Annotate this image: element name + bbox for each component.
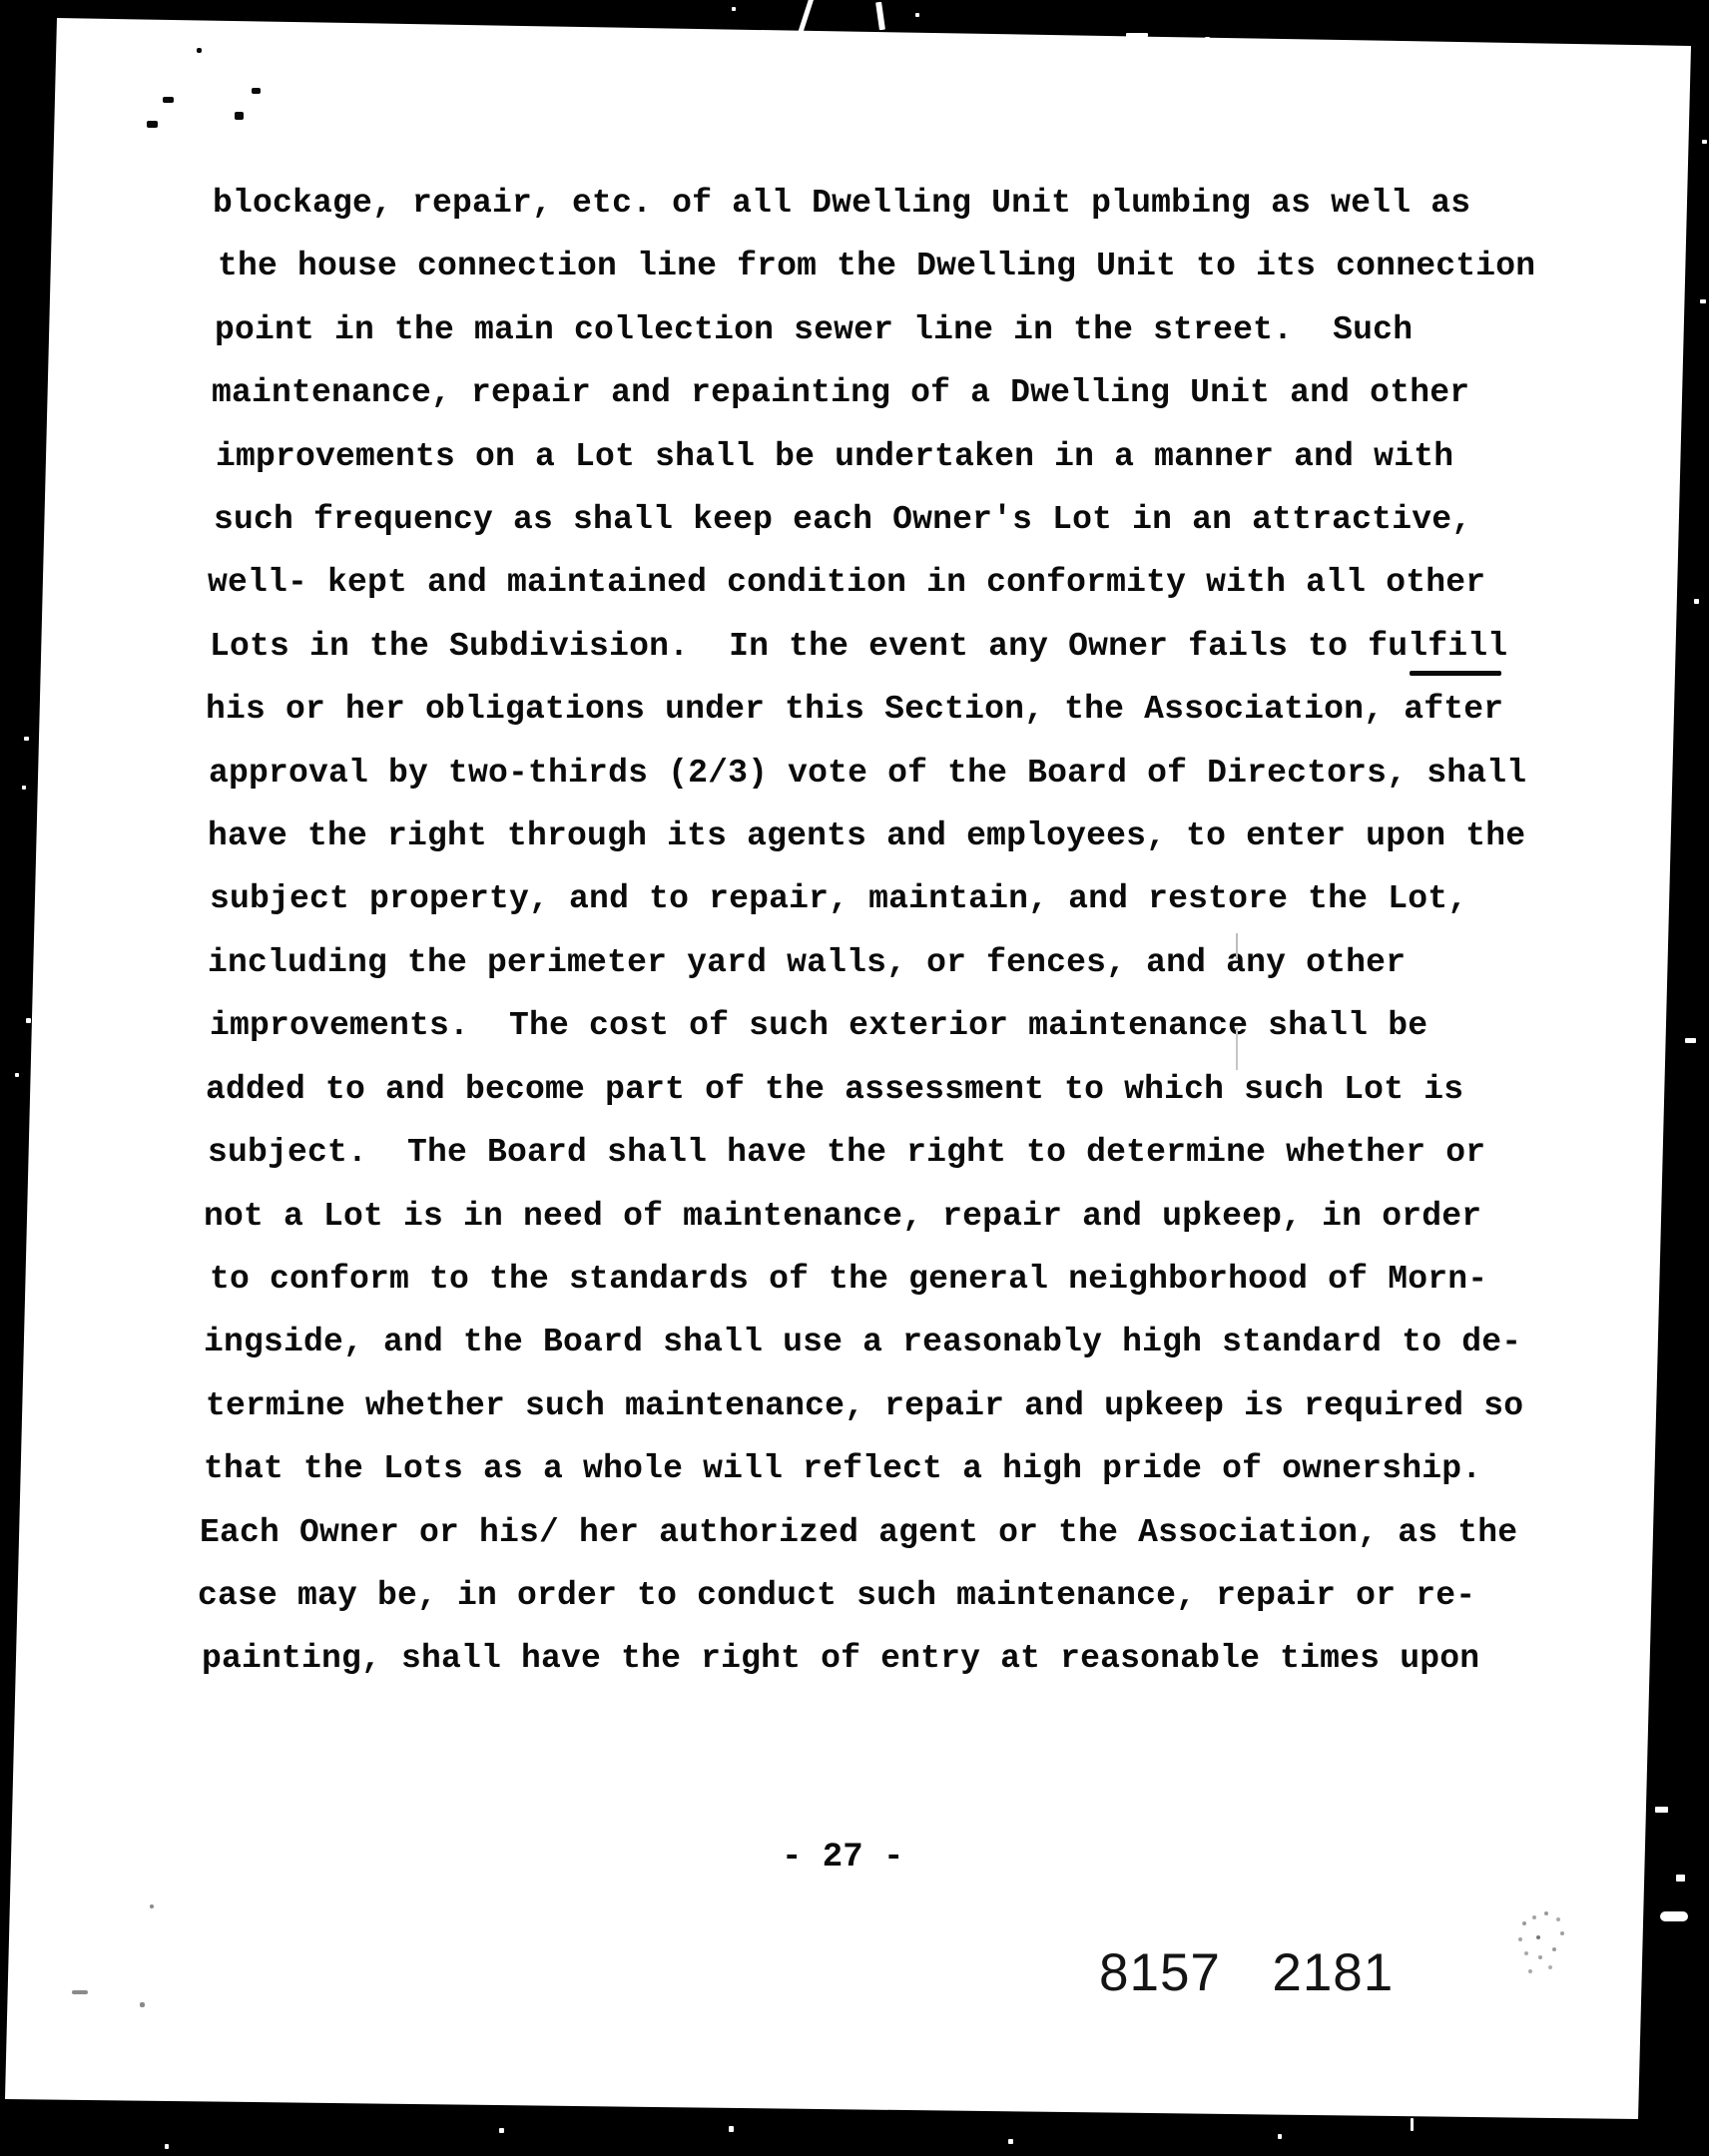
- text-line: his or her obligations under this Sectio…: [206, 678, 1573, 741]
- text-line: termine whether such maintenance, repair…: [206, 1374, 1573, 1437]
- text-line: improvements. The cost of such exterior …: [210, 994, 1573, 1057]
- text-line: well- kept and maintained condition in c…: [208, 551, 1573, 614]
- text-line: subject. The Board shall have the right …: [208, 1121, 1573, 1184]
- text-line: ingside, and the Board shall use a reaso…: [204, 1311, 1573, 1373]
- scan-speck: [1278, 2134, 1282, 2139]
- text-line: subject property, and to repair, maintai…: [210, 867, 1573, 930]
- scan-speck: [1685, 1038, 1696, 1043]
- text-line: the house connection line from the Dwell…: [218, 235, 1573, 297]
- text-line: have the right through its agents and em…: [208, 805, 1573, 867]
- scan-speck: [1655, 1807, 1668, 1813]
- scan-speck: [798, 0, 814, 34]
- text-line: approval by two-thirds (2/3) vote of the…: [209, 742, 1573, 805]
- text-line: added to and become part of the assessme…: [206, 1058, 1573, 1121]
- text-line: to conform to the standards of the gener…: [210, 1248, 1573, 1311]
- scan-speck: [165, 2144, 169, 2149]
- scan-speck: [1700, 299, 1706, 303]
- text-line: improvements on a Lot shall be undertake…: [216, 425, 1573, 488]
- scan-speck: [1008, 2139, 1013, 2144]
- text-line: such frequency as shall keep each Owner'…: [214, 488, 1573, 551]
- scan-speck: [1660, 1911, 1688, 1921]
- scan-speck: [24, 737, 29, 741]
- body-text: blockage, repair, etc. of all Dwelling U…: [206, 172, 1573, 1691]
- text-line: Lots in the Subdivision. In the event an…: [210, 615, 1573, 678]
- scan-speck: [729, 2126, 734, 2132]
- scan-speck: [22, 786, 26, 790]
- stamp-number: 8157 2181: [1099, 1942, 1394, 2003]
- text-line: not a Lot is in need of maintenance, rep…: [204, 1185, 1573, 1248]
- scan-speck: [1702, 140, 1707, 144]
- scan-speck: [732, 7, 736, 11]
- text-line: including the perimeter yard walls, or f…: [208, 931, 1573, 994]
- scan-speck: [26, 1018, 31, 1023]
- scan-speck: [1676, 1875, 1685, 1882]
- text-line: that the Lots as a whole will reflect a …: [204, 1437, 1573, 1500]
- text-line: Each Owner or his/ her authorized agent …: [200, 1501, 1573, 1564]
- scan-speck: [1694, 599, 1699, 604]
- text-line: maintenance, repair and repainting of a …: [212, 361, 1573, 424]
- text-line: case may be, in order to conduct such ma…: [198, 1564, 1573, 1627]
- scan-speck: [15, 1073, 19, 1077]
- text-line: painting, shall have the right of entry …: [202, 1627, 1573, 1690]
- scan-speck: [499, 2128, 504, 2133]
- scan-speck: [875, 2, 885, 31]
- text-line: point in the main collection sewer line …: [215, 298, 1573, 361]
- text-line: blockage, repair, etc. of all Dwelling U…: [213, 172, 1573, 235]
- page-number: - 27 -: [782, 1839, 903, 1877]
- scan-speck: [915, 13, 919, 17]
- scan-speck: [1411, 2118, 1414, 2131]
- scanned-document-page: { "doc": { "lines": [ "blockage, repair,…: [0, 0, 1709, 2156]
